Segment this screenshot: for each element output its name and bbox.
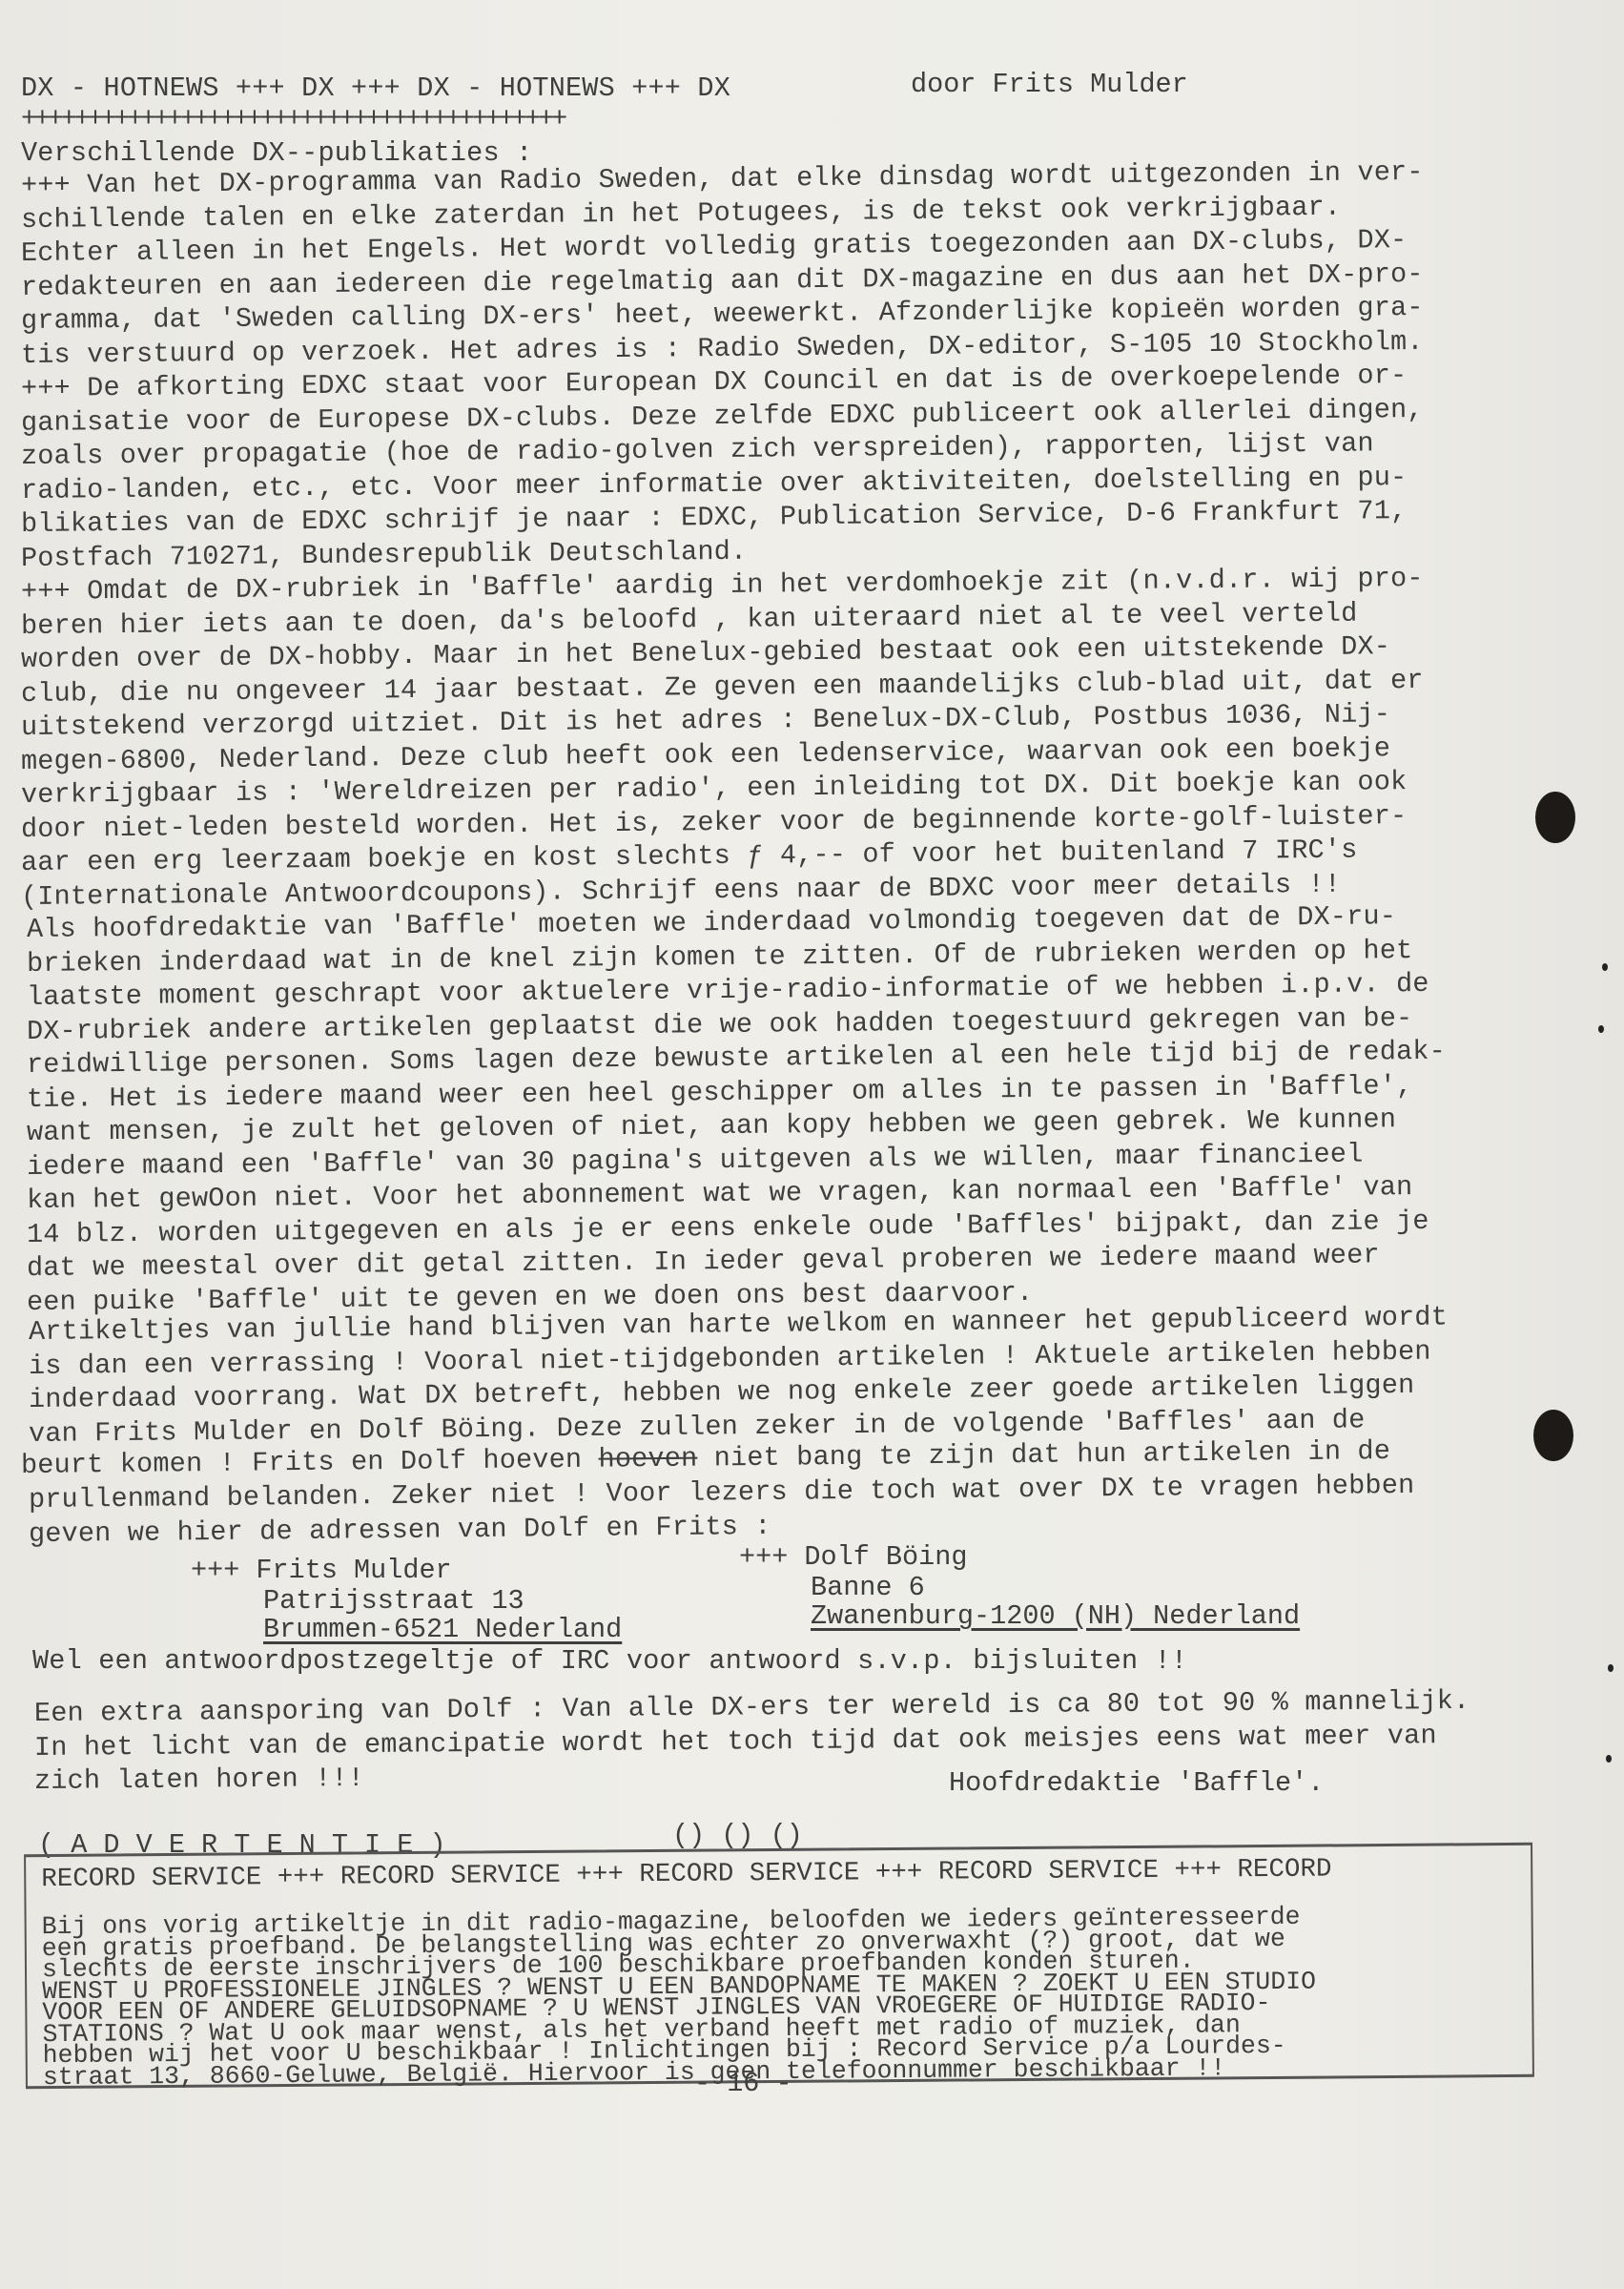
advert-ornament: () () () xyxy=(672,1822,803,1850)
signature: Hoofdredaktie 'Baffle'. xyxy=(949,1769,1324,1798)
address-frits-street: Patrijsstraat 13 xyxy=(263,1587,524,1616)
punch-hole xyxy=(1533,1410,1573,1461)
header-title: DX - HOTNEWS +++ DX +++ DX - HOTNEWS +++… xyxy=(21,72,730,105)
reply-note: Wel een antwoordpostzegeltje of IRC voor… xyxy=(32,1645,1187,1678)
text-line: Postfach 710271, Bundesrepublik Deutschl… xyxy=(21,535,748,574)
speck xyxy=(1608,1664,1614,1672)
page-number: - 16 - xyxy=(694,2068,792,2099)
punch-hole xyxy=(1535,792,1575,843)
address-dolf-street: Banne 6 xyxy=(811,1574,925,1602)
byline: door Frits Mulder xyxy=(911,69,1188,100)
struck-word: hoeven xyxy=(598,1443,697,1475)
header-rule: ++++++++++++++++++++++++++++++++++++++++… xyxy=(21,103,565,135)
speck xyxy=(1602,963,1608,971)
text-line: zich laten horen !!! xyxy=(34,1763,364,1798)
speck xyxy=(1606,1755,1612,1763)
address-dolf: +++ Dolf Böing xyxy=(739,1543,967,1572)
advert-banner: RECORD SERVICE +++ RECORD SERVICE +++ RE… xyxy=(41,1854,1331,1894)
address-dolf-city: Zwanenburg-1200 (NH) Nederland xyxy=(811,1602,1300,1631)
speck xyxy=(1598,1025,1604,1033)
advertisement-box: RECORD SERVICE +++ RECORD SERVICE +++ RE… xyxy=(24,1843,1534,2089)
document-page: DX - HOTNEWS +++ DX +++ DX - HOTNEWS +++… xyxy=(0,0,1624,2289)
address-frits: +++ Frits Mulder xyxy=(191,1557,452,1585)
address-frits-city: Brummen-6521 Nederland xyxy=(263,1616,622,1644)
text-line: geven we hier de adressen van Dolf en Fr… xyxy=(29,1510,771,1550)
